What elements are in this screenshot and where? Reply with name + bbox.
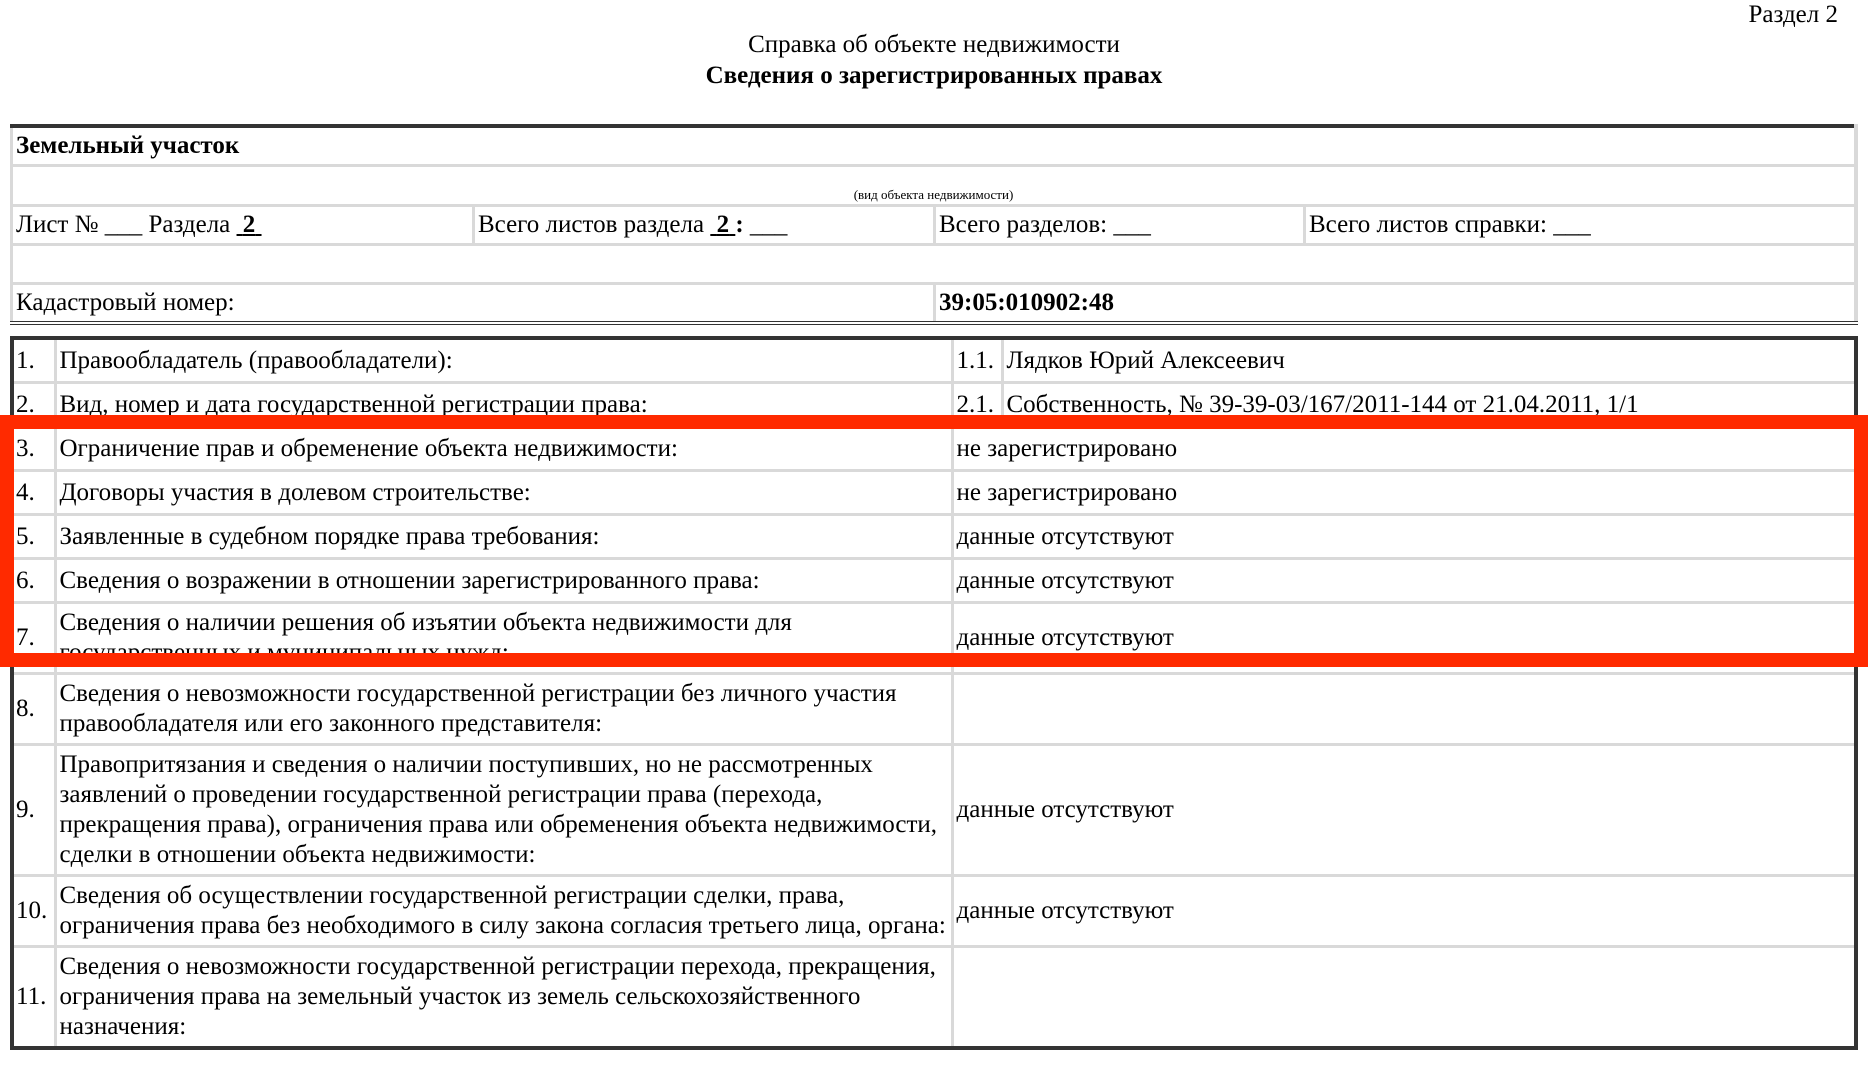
sheet-number-label: Лист №: [16, 211, 98, 238]
total-section-sheets-section: 2: [710, 211, 735, 238]
row-sub-number: 1.1.: [952, 338, 1002, 383]
total-sheets-cell: Всего листов справки: ___: [1305, 206, 1857, 245]
row-label: Сведения о невозможности государственной…: [55, 947, 952, 1049]
cadastral-number: 39:05:010902:48: [935, 284, 1857, 324]
object-header-table: Земельный участок (вид объекта недвижимо…: [10, 124, 1858, 325]
spacer-row: [12, 245, 1857, 284]
row-value: Собственность, № 39-39-03/167/2011-144 о…: [1002, 383, 1856, 427]
rights-row: 4.Договоры участия в долевом строительст…: [12, 471, 1856, 515]
row-value: данные отсутствуют: [952, 745, 1856, 876]
row-label: Сведения об осуществлении государственно…: [55, 876, 952, 947]
row-number: 1.: [12, 338, 55, 383]
total-sections-cell: Всего разделов: ___: [935, 206, 1305, 245]
rights-row: 11.Сведения о невозможности государствен…: [12, 947, 1856, 1049]
total-sections-label: Всего разделов:: [939, 211, 1107, 238]
object-type-caption: (вид объекта недвижимости): [12, 166, 1857, 206]
document-titles: Справка об объекте недвижимости Сведения…: [0, 30, 1868, 92]
total-sheets-label: Всего листов справки:: [1309, 211, 1547, 238]
row-label: Правообладатель (правообладатели):: [55, 338, 952, 383]
sheet-number-cell: Лист № ___ Раздела 2: [12, 206, 474, 245]
rights-row: 3.Ограничение прав и обременение объекта…: [12, 427, 1856, 471]
sheet-number-value: ___: [105, 211, 143, 238]
document-title: Справка об объекте недвижимости: [0, 30, 1868, 60]
section-number-value: 2: [237, 211, 262, 238]
row-label: Заявленные в судебном порядке права треб…: [55, 515, 952, 559]
row-value: не зарегистрировано: [952, 427, 1856, 471]
row-label: Сведения о наличии решения об изъятии об…: [55, 603, 952, 674]
section-label: Раздел 2: [1749, 0, 1838, 30]
document-subtitle: Сведения о зарегистрированных правах: [0, 60, 1868, 92]
total-section-sheets-cell: Всего листов раздела 2 : ___: [474, 206, 935, 245]
rights-row: 2.Вид, номер и дата государственной реги…: [12, 383, 1856, 427]
row-number: 8.: [12, 674, 55, 745]
row-number: 9.: [12, 745, 55, 876]
rights-table: 1.Правообладатель (правообладатели):1.1.…: [10, 336, 1858, 1050]
row-value: данные отсутствуют: [952, 559, 1856, 603]
row-value: данные отсутствуют: [952, 876, 1856, 947]
rights-row: 9.Правопритязания и сведения о наличии п…: [12, 745, 1856, 876]
row-number: 6.: [12, 559, 55, 603]
row-number: 10.: [12, 876, 55, 947]
row-number: 2.: [12, 383, 55, 427]
row-sub-number: 2.1.: [952, 383, 1002, 427]
row-label: Вид, номер и дата государственной регист…: [55, 383, 952, 427]
total-sections-value: ___: [1113, 211, 1151, 238]
total-sheets-value: ___: [1553, 211, 1591, 238]
rights-row: 8.Сведения о невозможности государственн…: [12, 674, 1856, 745]
row-value: данные отсутствуют: [952, 603, 1856, 674]
row-label: Сведения о невозможности государственной…: [55, 674, 952, 745]
row-number: 4.: [12, 471, 55, 515]
row-label: Правопритязания и сведения о наличии пос…: [55, 745, 952, 876]
cadastral-label: Кадастровый номер:: [12, 284, 935, 324]
total-section-sheets-label: Всего листов раздела: [478, 211, 704, 238]
rights-row: 1.Правообладатель (правообладатели):1.1.…: [12, 338, 1856, 383]
rights-row: 10.Сведения об осуществлении государстве…: [12, 876, 1856, 947]
row-value: Лядков Юрий Алексеевич: [1002, 338, 1856, 383]
row-label: Договоры участия в долевом строительстве…: [55, 471, 952, 515]
rights-row: 5.Заявленные в судебном порядке права тр…: [12, 515, 1856, 559]
object-type: Земельный участок: [12, 126, 1857, 166]
total-section-sheets-value: ___: [750, 211, 788, 238]
row-value: данные отсутствуют: [952, 515, 1856, 559]
row-number: 5.: [12, 515, 55, 559]
rights-row: 7.Сведения о наличии решения об изъятии …: [12, 603, 1856, 674]
row-number: 7.: [12, 603, 55, 674]
row-value: [952, 947, 1856, 1049]
row-value: не зарегистрировано: [952, 471, 1856, 515]
row-value: [952, 674, 1856, 745]
rights-row: 6.Сведения о возражении в отношении заре…: [12, 559, 1856, 603]
row-label: Сведения о возражении в отношении зареги…: [55, 559, 952, 603]
row-number: 11.: [12, 947, 55, 1049]
row-number: 3.: [12, 427, 55, 471]
section-label-text: Раздела: [148, 211, 230, 238]
row-label: Ограничение прав и обременение объекта н…: [55, 427, 952, 471]
